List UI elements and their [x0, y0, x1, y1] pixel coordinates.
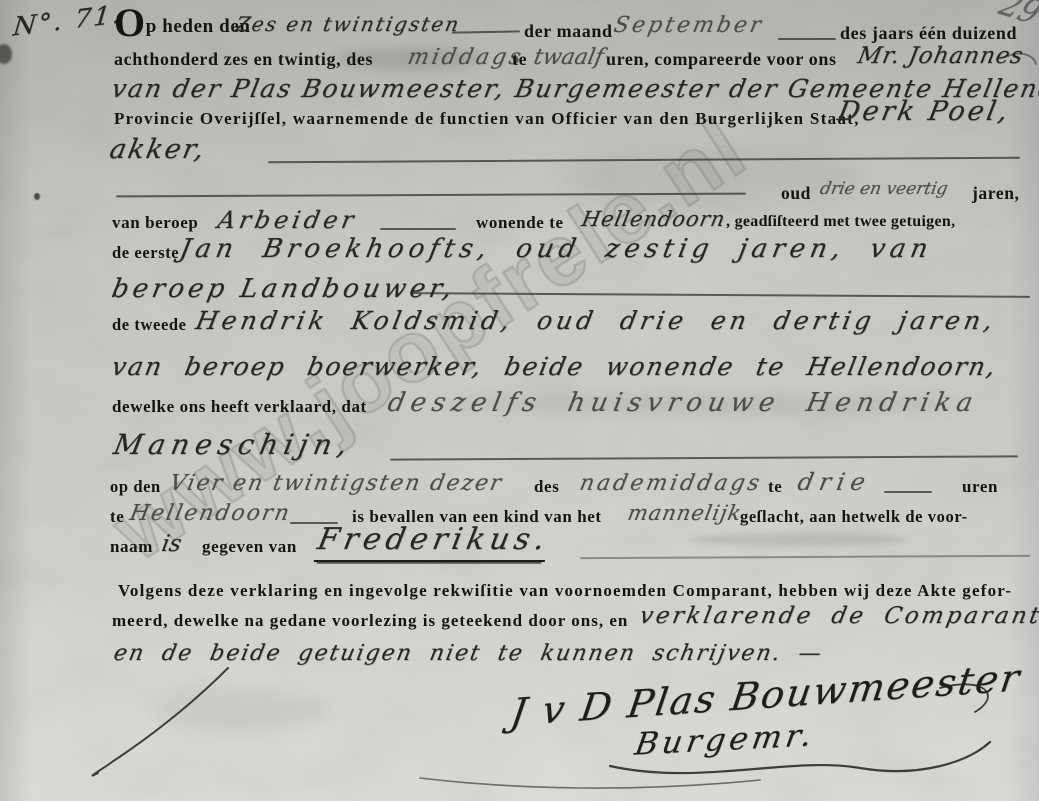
hw-witness2-line2: van beroep boerwerker, beide wonende te …	[109, 354, 999, 380]
hw-witness2-line1: Hendrik Koldsmid, oud drie en dertig jar…	[193, 308, 998, 334]
printed-te-2: te	[768, 478, 782, 496]
hw-declaration-line1: deszelfs huisvrouwe Hendrika	[385, 390, 980, 417]
ink-smudge	[690, 533, 910, 546]
hw-birth-hour: drie	[796, 470, 874, 495]
signature-title: Burgemr.	[633, 719, 818, 761]
hw-hour: twaalf	[532, 46, 606, 69]
hw-witness1-line2: beroep Landbouwer,	[109, 276, 457, 303]
printed-naam: naam	[110, 538, 153, 556]
printed-gegeven-van: gegeven van	[202, 538, 297, 556]
printed-op-heden-den: Op heden den	[114, 16, 251, 37]
printed-des: des	[534, 478, 559, 496]
bleed-mark	[150, 690, 330, 730]
hw-age: drie en veertig	[818, 181, 949, 199]
edge-speck	[0, 44, 12, 64]
printed-geadsisteerd: , geadſiſteerd met twee getuigen,	[726, 214, 955, 231]
child-name-underline: Frederikus.	[314, 522, 553, 562]
hw-residence: Hellendoorn	[580, 208, 728, 230]
hw-comparant-name-2: akker,	[107, 136, 208, 164]
hw-gender: mannelijk	[626, 502, 744, 524]
hw-birth-daypart: nademiddags	[578, 472, 764, 495]
fill-rule	[390, 455, 1018, 460]
hw-closing-line1: verklarende de Comparant	[638, 604, 1039, 628]
printed-geslacht: geſlacht, aan hetwelk de voor-	[740, 508, 968, 525]
printed-des-jaars: des jaars één duizend	[840, 24, 1017, 43]
comparant-mark-stroke	[92, 668, 228, 776]
printed-volgens: Volgens deze verklaring en ingevolge rek…	[118, 582, 1012, 600]
printed-de-tweede: de tweede	[112, 316, 187, 333]
printed-te-3: te	[110, 508, 124, 526]
printed-van-beroep: van beroep	[112, 214, 198, 232]
printed-uren-2: uren	[962, 478, 998, 496]
printed-provincie: Provincie Overijſſel, waarnemende de fun…	[114, 110, 860, 128]
fill-rule	[778, 38, 836, 40]
printed-op-den: op den	[110, 478, 161, 495]
fill-rule	[452, 30, 520, 33]
hw-witness1-line1: Jan Broekhoofts, oud zestig jaren, van	[177, 236, 935, 263]
printed-te: te	[512, 50, 527, 69]
printed-dewelke: dewelke ons heeft verklaard, dat	[112, 398, 367, 416]
hw-birthplace: Hellendoorn	[128, 502, 293, 525]
hw-day: Zes en twintigsten	[234, 14, 462, 35]
printed-achthonderd: achthonderd zes en twintig, des	[114, 50, 373, 69]
fill-rule	[884, 491, 932, 493]
hw-closing-line2: en de beide getuigen niet te kunnen schr…	[112, 642, 825, 665]
hw-official-name-1: Mr. Johannes	[856, 44, 1026, 68]
hw-comparant-name-1: Derk Poel,	[835, 98, 1013, 126]
fill-rule	[580, 555, 1030, 559]
hw-child-name: Frederikus.	[315, 524, 552, 556]
record-number: N°. 71.	[12, 2, 124, 42]
printed-der-maand: der maand	[524, 22, 613, 41]
ink-speck	[34, 193, 40, 200]
printed-wonende-te: wonende te	[476, 214, 564, 232]
fill-rule	[380, 228, 456, 230]
printed-jaren: jaren,	[972, 184, 1020, 202]
signature-underline	[420, 778, 760, 788]
hw-birth-day: Vier en twintigsten dezer	[168, 472, 505, 495]
printed-oud: oud	[781, 184, 811, 202]
printed-de-eerste: de eerste	[112, 244, 179, 261]
printed-meerd: meerd, dewelke na gedane voorlezing is g…	[112, 612, 628, 630]
hw-month: September	[612, 14, 766, 37]
hw-daypart: middags	[406, 46, 526, 69]
printed-uren-compareerde: uren, compareerde voor ons	[606, 50, 837, 69]
document-scan: www.joopfrele.nl 29 N°. 71. Op heden den…	[0, 0, 1039, 801]
hw-occupation: Arbeider	[216, 208, 360, 233]
hw-declaration-line2: Maneschijn,	[111, 430, 355, 459]
